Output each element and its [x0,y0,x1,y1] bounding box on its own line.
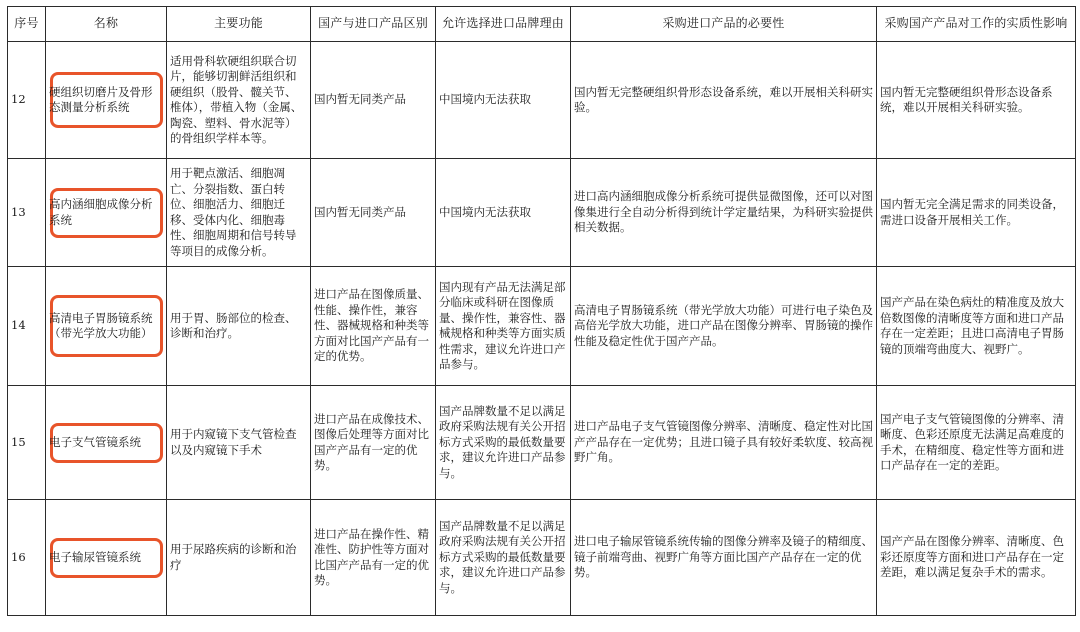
header-necessity: 采购进口产品的必要性 [571,7,877,42]
cell-name: 高内涵细胞成像分析系统 [46,159,167,267]
cell-necessity: 进口电子输尿管镜系统传输的图像分辨率及镜子的精细度、镜子前端弯曲、视野广角等方面… [571,500,877,616]
cell-impact: 国产产品在染色病灶的精准度及放大倍数图像的清晰度等方面和进口产品存在一定差距；且… [877,267,1076,386]
cell-function: 适用骨科软硬组织联合切片，能够切割鲜活组织和硬组织（股骨、髋关节、椎体），带植入… [167,42,311,159]
cell-function: 用于尿路疾病的诊断和治疗 [167,500,311,616]
procurement-table: 序号 名称 主要功能 国产与进口产品区别 允许选择进口品牌理由 采购进口产品的必… [7,6,1076,616]
cell-no: 16 [8,500,46,616]
header-name: 名称 [46,7,167,42]
table-row: 16 电子输尿管镜系统 用于尿路疾病的诊断和治疗 进口产品在操作性、精准性、防护… [8,500,1076,616]
header-difference: 国产与进口产品区别 [311,7,436,42]
cell-necessity: 国内暂无完整硬组织骨形态设备系统，难以开展相关科研实验。 [571,42,877,159]
table-row: 14 高清电子胃肠镜系统（带光学放大功能） 用于胃、肠部位的检查、诊断和治疗。 … [8,267,1076,386]
cell-reason: 国产品牌数量不足以满足政府采购法规有关公开招标方式采购的最低数量要求，建议允许进… [436,500,571,616]
cell-name: 高清电子胃肠镜系统（带光学放大功能） [46,267,167,386]
cell-function: 用于胃、肠部位的检查、诊断和治疗。 [167,267,311,386]
header-function: 主要功能 [167,7,311,42]
cell-difference: 进口产品在操作性、精准性、防护性等方面对比国产产品有一定的优势。 [311,500,436,616]
table-row: 12 硬组织切磨片及骨形态测量分析系统 适用骨科软硬组织联合切片，能够切割鲜活组… [8,42,1076,159]
cell-no: 15 [8,386,46,500]
cell-reason: 中国境内无法获取 [436,159,571,267]
header-reason: 允许选择进口品牌理由 [436,7,571,42]
cell-function: 用于靶点激活、细胞凋亡、分裂指数、蛋白转位、细胞活力、细胞迁移、受体内化、细胞毒… [167,159,311,267]
cell-impact: 国内暂无完全满足需求的同类设备，需进口设备开展相关工作。 [877,159,1076,267]
product-name: 高内涵细胞成像分析系统 [49,197,153,227]
cell-difference: 国内暂无同类产品 [311,42,436,159]
cell-necessity: 高清电子胃肠镜系统（带光学放大功能）可进行电子染色及高倍光学放大功能，进口产品在… [571,267,877,386]
product-name: 电子支气管镜系统 [49,435,141,449]
cell-difference: 进口产品在成像技术、图像后处理等方面对比国产产品有一定的优势。 [311,386,436,500]
cell-name: 硬组织切磨片及骨形态测量分析系统 [46,42,167,159]
cell-name: 电子输尿管镜系统 [46,500,167,616]
cell-difference: 国内暂无同类产品 [311,159,436,267]
cell-difference: 进口产品在图像质量、性能、操作性，兼容性、器械规格和种类等方面对比国产产品有一定… [311,267,436,386]
cell-impact: 国产产品在图像分辨率、清晰度、色彩还原度等方面和进口产品存在一定差距，难以满足复… [877,500,1076,616]
product-name: 电子输尿管镜系统 [49,550,141,564]
cell-reason: 中国境内无法获取 [436,42,571,159]
cell-no: 12 [8,42,46,159]
header-no: 序号 [8,7,46,42]
product-name: 硬组织切磨片及骨形态测量分析系统 [49,85,153,115]
cell-necessity: 进口高内涵细胞成像分析系统可提供显微图像，还可以对图像集进行全自动分析得到统计学… [571,159,877,267]
product-name: 高清电子胃肠镜系统（带光学放大功能） [49,311,153,341]
cell-impact: 国内暂无完整硬组织骨形态设备系统，难以开展相关科研实验。 [877,42,1076,159]
cell-name: 电子支气管镜系统 [46,386,167,500]
header-row: 序号 名称 主要功能 国产与进口产品区别 允许选择进口品牌理由 采购进口产品的必… [8,7,1076,42]
cell-impact: 国产电子支气管镜图像的分辨率、清晰度、色彩还原度无法满足高难度的手术，在精细度、… [877,386,1076,500]
table-row: 15 电子支气管镜系统 用于内窥镜下支气管检查以及内窥镜下手术 进口产品在成像技… [8,386,1076,500]
cell-reason: 国内现有产品无法满足部分临床或科研在图像质量、操作性，兼容性、器械规格和种类等方… [436,267,571,386]
cell-reason: 国产品牌数量不足以满足政府采购法规有关公开招标方式采购的最低数量要求，建议允许进… [436,386,571,500]
table-row: 13 高内涵细胞成像分析系统 用于靶点激活、细胞凋亡、分裂指数、蛋白转位、细胞活… [8,159,1076,267]
header-impact: 采购国产产品对工作的实质性影响 [877,7,1076,42]
cell-no: 13 [8,159,46,267]
cell-function: 用于内窥镜下支气管检查以及内窥镜下手术 [167,386,311,500]
cell-no: 14 [8,267,46,386]
cell-necessity: 进口产品电子支气管镜图像分辨率、清晰度、稳定性对比国产产品存在一定优势；且进口镜… [571,386,877,500]
